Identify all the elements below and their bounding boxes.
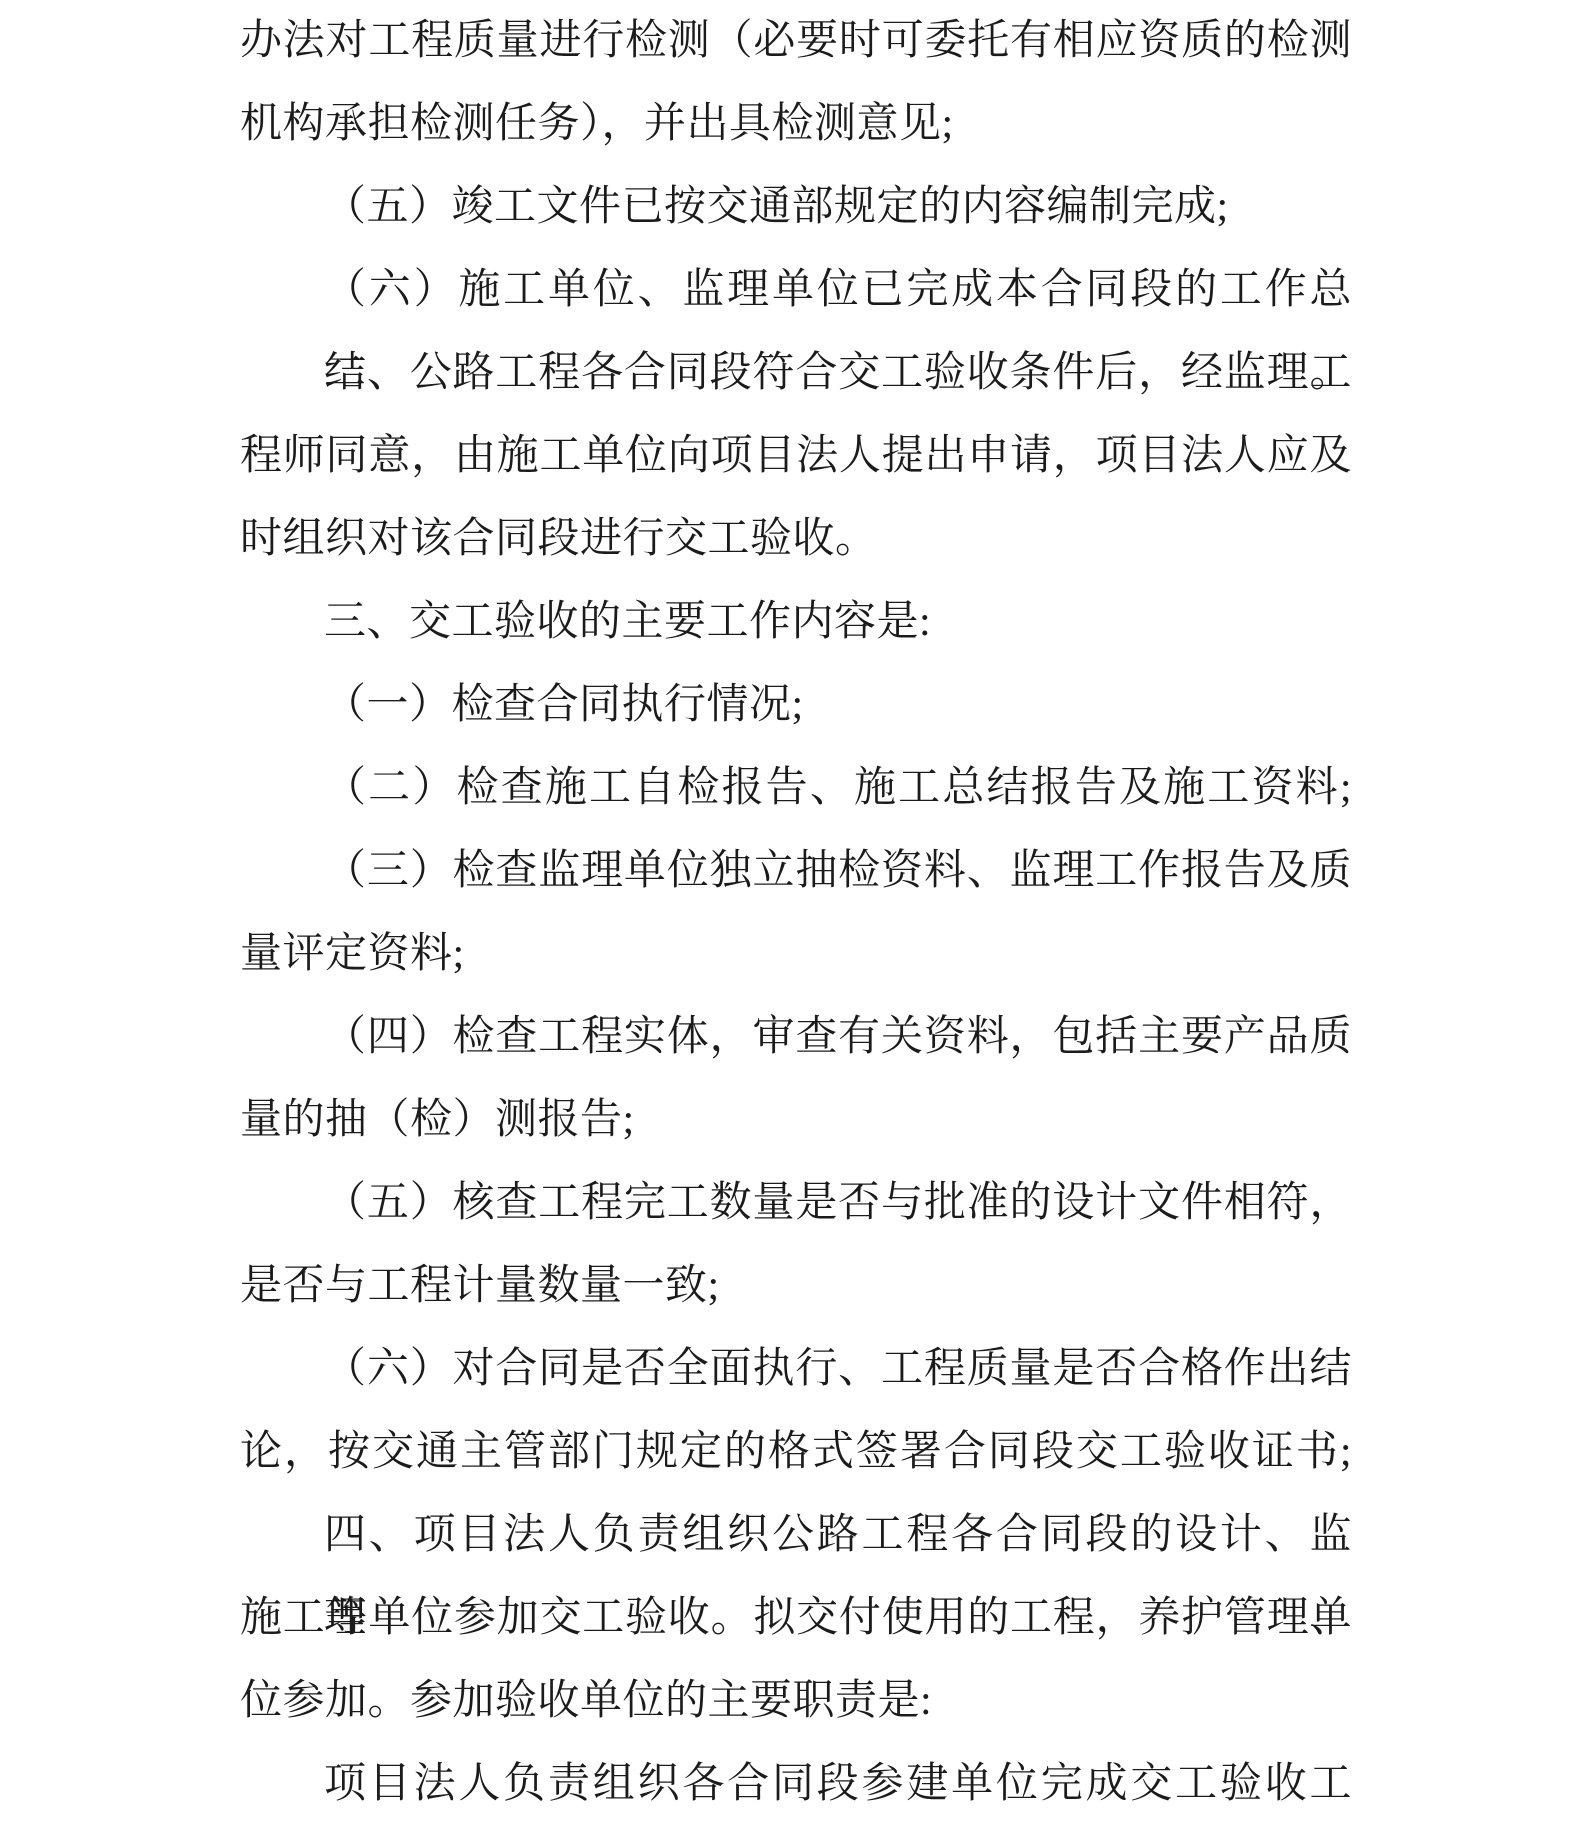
text-line: 程师同意，由施工单位向项目法人提出申请，项目法人应及: [240, 415, 1352, 498]
text-line: 办法对工程质量进行检测（必要时可委托有相应资质的检测: [240, 0, 1352, 83]
text-line: （六）施工单位、监理单位已完成本合同段的工作总结。: [240, 249, 1352, 332]
document-page: 办法对工程质量进行检测（必要时可委托有相应资质的检测机构承担检测任务），并出具检…: [0, 0, 1587, 1824]
text-line: （四）检查工程实体，审查有关资料，包括主要产品质: [240, 996, 1352, 1079]
text-line: 三、交工验收的主要工作内容是:: [240, 581, 1352, 664]
text-line: 项目法人负责组织各合同段参建单位完成交工验收工: [240, 1743, 1352, 1824]
text-line: 施工等单位参加交工验收。拟交付使用的工程，养护管理单: [240, 1577, 1352, 1660]
text-line: 机构承担检测任务），并出具检测意见;: [240, 83, 1352, 166]
text-line: （三）检查监理单位独立抽检资料、监理工作报告及质: [240, 830, 1352, 913]
text-line: （五）竣工文件已按交通部规定的内容编制完成;: [240, 166, 1352, 249]
text-line: 二、公路工程各合同段符合交工验收条件后，经监理工: [240, 332, 1352, 415]
text-line: 四、项目法人负责组织公路工程各合同段的设计、监理、: [240, 1494, 1352, 1577]
text-line: 位参加。参加验收单位的主要职责是:: [240, 1660, 1352, 1743]
document-body: 办法对工程质量进行检测（必要时可委托有相应资质的检测机构承担检测任务），并出具检…: [240, 0, 1352, 1824]
text-line: 是否与工程计量数量一致;: [240, 1245, 1352, 1328]
text-line: 时组织对该合同段进行交工验收。: [240, 498, 1352, 581]
text-line: （二）检查施工自检报告、施工总结报告及施工资料;: [240, 747, 1352, 830]
text-line: （五）核查工程完工数量是否与批准的设计文件相符，: [240, 1162, 1352, 1245]
text-line: （六）对合同是否全面执行、工程质量是否合格作出结: [240, 1328, 1352, 1411]
text-line: 论，按交通主管部门规定的格式签署合同段交工验收证书;: [240, 1411, 1352, 1494]
text-line: （一）检查合同执行情况;: [240, 664, 1352, 747]
text-line: 量评定资料;: [240, 913, 1352, 996]
text-line: 量的抽（检）测报告;: [240, 1079, 1352, 1162]
